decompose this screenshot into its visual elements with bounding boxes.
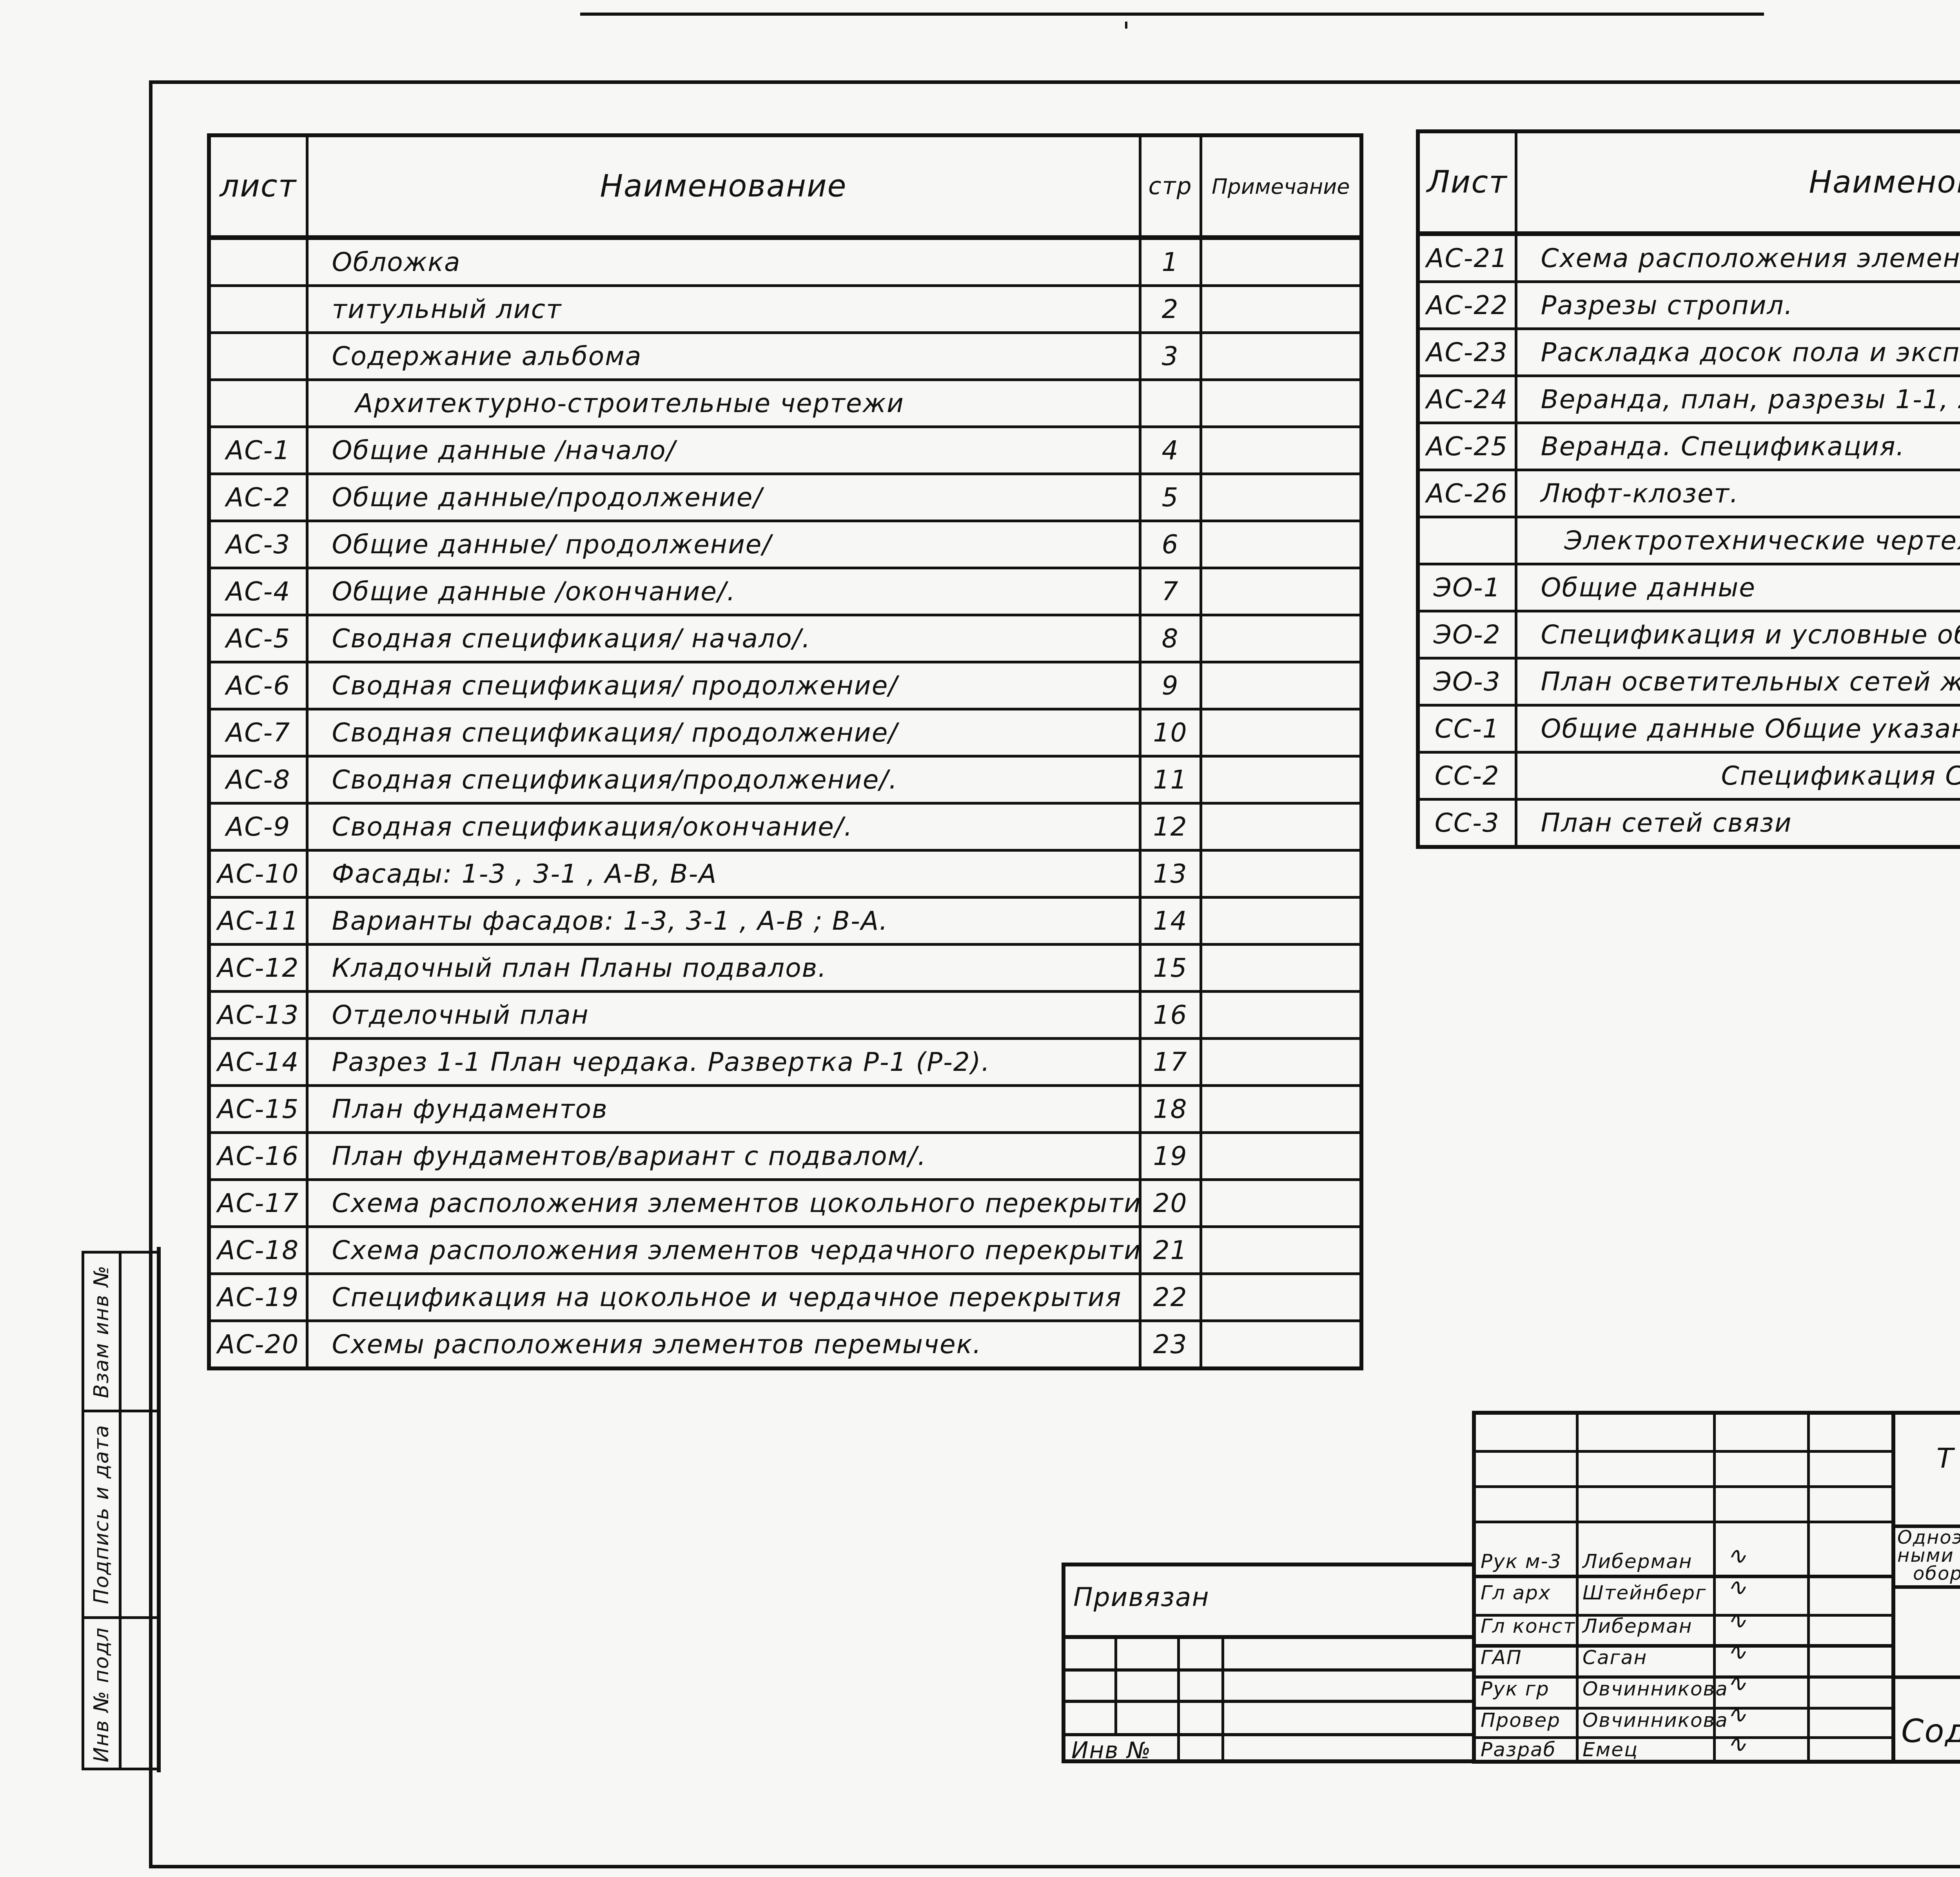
cell-note: [1201, 333, 1361, 380]
cell-name: Схема расположения элементов стропил: [1516, 234, 1960, 282]
cell-name: Раскладка досок пола и экспликация полов: [1516, 329, 1960, 376]
cell-name: Общие данные /окончание/.: [307, 568, 1140, 615]
cell-sheet: СС-1: [1418, 705, 1516, 752]
grid-line: [1476, 1521, 1891, 1523]
cell-note: [1201, 898, 1361, 945]
stamp-blank-cell: [122, 1619, 161, 1770]
column-header-sheet: лист: [209, 135, 307, 238]
scan-edge-mark: [1125, 22, 1127, 29]
cell-sheet: АС-18: [209, 1227, 307, 1274]
table-row: АС-11Варианты фасадов: 1-3, 3-1 , А-В ; …: [209, 898, 1361, 945]
cell-name: План фундаментов/вариант с подвалом/.: [307, 1133, 1140, 1180]
table-row: СС-1Общие данные Общие указания Условные…: [1418, 705, 1960, 752]
cell-page: 15: [1140, 945, 1201, 992]
cell-sheet: [1418, 517, 1516, 564]
cell-name: Содержание альбома: [307, 333, 1140, 380]
cell-note: [1201, 427, 1361, 474]
table-row: АС-14Разрез 1-1 План чердака. Развертка …: [209, 1039, 1361, 1086]
table-row: АС-20Схемы расположения элементов перемы…: [209, 1321, 1361, 1369]
signature-mark-icon: ∿: [1727, 1638, 1747, 1666]
cell-sheet: СС-3: [1418, 799, 1516, 847]
cell-name: Сводная спецификация/ начало/.: [307, 615, 1140, 662]
grid-line: [1221, 1637, 1224, 1763]
grid-line: [1807, 1415, 1810, 1764]
column-header-note: Примечание: [1201, 135, 1361, 238]
project-description-line: Одноэтажный двухквартирный жилой дом с 3…: [1897, 1528, 1960, 1546]
cell-note: [1201, 286, 1361, 333]
cell-note: [1201, 709, 1361, 756]
table-row: АС-26Люфт-клозет.29: [1418, 470, 1960, 517]
cell-page: 17: [1140, 1039, 1201, 1086]
grid-line: [1065, 1668, 1475, 1672]
cell-note: [1201, 1086, 1361, 1133]
frame-divider: [157, 1247, 161, 1772]
table-row: АС-22Разрезы стропил.25: [1418, 282, 1960, 329]
cell-sheet: ЭО-2: [1418, 611, 1516, 658]
cell-sheet: АС-10: [209, 850, 307, 898]
cell-sheet: АС-19: [209, 1274, 307, 1321]
table-row: Содержание альбома3: [209, 333, 1361, 380]
signature-role: Рук м-3: [1481, 1550, 1562, 1573]
cell-note: [1201, 1274, 1361, 1321]
stamp-signature-date: Подпись и дата: [84, 1412, 122, 1619]
cell-name: Спецификация на цокольное и чердачное пе…: [307, 1274, 1140, 1321]
signature-name: Овчинникова: [1583, 1709, 1728, 1732]
cell-note: [1201, 662, 1361, 709]
signature-name: Либерман: [1583, 1550, 1692, 1573]
grid-line: [1065, 1700, 1475, 1703]
cell-page: 7: [1140, 568, 1201, 615]
table-row: АС-3Общие данные/ продолжение/6: [209, 521, 1361, 568]
cell-note: [1201, 803, 1361, 850]
scan-edge-line: [580, 13, 1764, 16]
cell-page: 10: [1140, 709, 1201, 756]
cell-sheet: АС-25: [1418, 423, 1516, 470]
cell-page: 21: [1140, 1227, 1201, 1274]
signature-role: ГАП: [1481, 1646, 1522, 1669]
cell-sheet: ЭО-3: [1418, 658, 1516, 705]
cell-page: 1: [1140, 238, 1201, 286]
cell-note: [1201, 568, 1361, 615]
grid-line: [1891, 1585, 1960, 1589]
cell-name: Варианты фасадов: 1-3, 3-1 , А-В ; В-А.: [307, 898, 1140, 945]
column-header-name: Наименование: [1516, 131, 1960, 234]
cell-page: 23: [1140, 1321, 1201, 1369]
grid-line: [1476, 1450, 1891, 1453]
cell-sheet: АС-3: [209, 521, 307, 568]
grid-line: [1476, 1644, 1891, 1648]
title-block: Рук м-3Либерман∿Гл архШтейнберг∿Гл конст…: [1472, 1411, 1960, 1764]
cell-name: Общие данные Общие указания Условные обо…: [1516, 705, 1960, 752]
stamp-blank-cell: [122, 1412, 161, 1619]
table-row: АС-9Сводная спецификация/окончание/.12: [209, 803, 1361, 850]
cell-sheet: АС-23: [1418, 329, 1516, 376]
table-row: титульный лист2: [209, 286, 1361, 333]
cell-note: [1201, 615, 1361, 662]
signature-role: Гл арх: [1481, 1581, 1551, 1604]
cell-sheet: [209, 333, 307, 380]
table-row: АС-17Схема расположения элементов цоколь…: [209, 1180, 1361, 1227]
cell-name: Сводная спецификация/окончание/.: [307, 803, 1140, 850]
cell-page: 19: [1140, 1133, 1201, 1180]
cell-sheet: АС-12: [209, 945, 307, 992]
cell-name: Веранда, план, разрезы 1-1, 2-2; 3-3 Кры…: [1516, 376, 1960, 423]
contents-table-left: лист Наименование стр Примечание Обложка…: [207, 133, 1363, 1370]
cell-note: [1201, 992, 1361, 1039]
cell-name: Схема расположения элементов чердачного …: [307, 1227, 1140, 1274]
cell-sheet: СС-2: [1418, 752, 1516, 799]
grid-line: [1114, 1637, 1117, 1735]
grid-line: [1177, 1637, 1180, 1763]
column-header-name: Наименование: [307, 135, 1140, 238]
cell-page: 2: [1140, 286, 1201, 333]
cell-note: [1201, 1180, 1361, 1227]
cell-page: 6: [1140, 521, 1201, 568]
cell-name: Фасады: 1-3 , 3-1 , А-В, В-А: [307, 850, 1140, 898]
cell-sheet: АС-17: [209, 1180, 307, 1227]
table-row: СС-3План сетей связи35: [1418, 799, 1960, 847]
table-row: АС-4Общие данные /окончание/.7: [209, 568, 1361, 615]
table-row: СС-2Спецификация Скелетная схема34: [1418, 752, 1960, 799]
signature-mark-icon: ∿: [1727, 1701, 1747, 1728]
table-header-row: лист Наименование стр Примечание: [209, 135, 1361, 238]
section-title: Электротехнические чертежи: [1516, 517, 1960, 564]
cell-sheet: АС-24: [1418, 376, 1516, 423]
table-row: АС-18Схема расположения элементов чердач…: [209, 1227, 1361, 1274]
table-row: Обложка1: [209, 238, 1361, 286]
table-header-row: Лист Наименование Стр Примечание: [1418, 131, 1960, 234]
cell-sheet: АС-15: [209, 1086, 307, 1133]
cell-note: [1201, 1321, 1361, 1369]
signature-name: Либерман: [1583, 1615, 1692, 1637]
table-row: АС-25Веранда. Спецификация.28: [1418, 423, 1960, 470]
cell-name: Кладочный план Планы подвалов.: [307, 945, 1140, 992]
signature-role: Разраб: [1481, 1738, 1556, 1761]
cell-sheet: АС-20: [209, 1321, 307, 1369]
cell-sheet: АС-5: [209, 615, 307, 662]
binding-label: Привязан: [1073, 1582, 1210, 1612]
cell-page: 13: [1140, 850, 1201, 898]
cell-page: 8: [1140, 615, 1201, 662]
cell-page: 18: [1140, 1086, 1201, 1133]
cell-sheet: АС-8: [209, 756, 307, 803]
cell-name: Обложка: [307, 238, 1140, 286]
cell-page: 22: [1140, 1274, 1201, 1321]
cell-sheet: [209, 286, 307, 333]
cell-sheet: АС-1: [209, 427, 307, 474]
table-row: АС-23Раскладка досок пола и экспликация …: [1418, 329, 1960, 376]
drawing-title: Содержание альбома: [1901, 1713, 1960, 1750]
cell-note: [1201, 474, 1361, 521]
project-code: Т п. 184-24-186 84: [1936, 1442, 1960, 1474]
grid-line: [1476, 1485, 1891, 1488]
signature-mark-icon: ∿: [1727, 1607, 1747, 1634]
cell-name: Общие данные: [1516, 564, 1960, 611]
stamp-original-inventory: Инв № подл: [84, 1619, 122, 1770]
inventory-number-label: Инв №: [1071, 1737, 1151, 1764]
cell-page: 5: [1140, 474, 1201, 521]
cell-sheet: АС-26: [1418, 470, 1516, 517]
signature-role: Гл конст: [1481, 1615, 1575, 1637]
cell-note: [1201, 1227, 1361, 1274]
grid-line: [1065, 1635, 1475, 1639]
project-description: Одноэтажный двухквартирный жилой дом с 3…: [1897, 1528, 1960, 1583]
cell-sheet: [209, 238, 307, 286]
cell-name: Люфт-клозет.: [1516, 470, 1960, 517]
cell-name: Общие данные/продолжение/: [307, 474, 1140, 521]
cell-note: [1201, 945, 1361, 992]
cell-name: Схема расположения элементов цокольного …: [307, 1180, 1140, 1227]
table-row: АС-21Схема расположения элементов стропи…: [1418, 234, 1960, 282]
cell-page: 3: [1140, 333, 1201, 380]
cell-note: [1201, 380, 1361, 427]
cell-page: 20: [1140, 1180, 1201, 1227]
cell-name: План фундаментов: [307, 1086, 1140, 1133]
signature-name: Штейнберг: [1583, 1581, 1706, 1604]
grid-line: [1065, 1733, 1475, 1736]
cell-name: Общие данные /начало/: [307, 427, 1140, 474]
signature-mark-icon: ∿: [1727, 1730, 1747, 1758]
cell-note: [1201, 1133, 1361, 1180]
cell-name: Спецификация Скелетная схема: [1516, 752, 1960, 799]
cell-name: титульный лист: [307, 286, 1140, 333]
table-row: АС-7Сводная спецификация/ продолжение/10: [209, 709, 1361, 756]
grid-line: [1891, 1415, 1895, 1764]
cell-name: План осветительных сетей жилого дома: [1516, 658, 1960, 705]
side-stamp: Взам инв № Подпись и дата Инв № подл: [82, 1251, 160, 1770]
cell-note: [1201, 521, 1361, 568]
signature-name: Овчинникова: [1583, 1677, 1728, 1700]
table-row: ЭО-1Общие данные30: [1418, 564, 1960, 611]
signature-role: Рук гр: [1481, 1677, 1550, 1700]
cell-sheet: АС-9: [209, 803, 307, 850]
cell-name: План сетей связи: [1516, 799, 1960, 847]
cell-name: Сводная спецификация/ продолжение/: [307, 709, 1140, 756]
cell-sheet: АС-13: [209, 992, 307, 1039]
signature-mark-icon: ∿: [1727, 1542, 1747, 1570]
cell-page: 9: [1140, 662, 1201, 709]
cell-note: [1201, 756, 1361, 803]
cell-sheet: АС-16: [209, 1133, 307, 1180]
signature-name: Емец: [1583, 1738, 1638, 1761]
cell-name: Схемы расположения элементов перемычек.: [307, 1321, 1140, 1369]
cell-sheet: АС-4: [209, 568, 307, 615]
signature-mark-icon: ∿: [1727, 1574, 1747, 1601]
project-description-line: ными квартирами с упрощенным инженерным: [1897, 1546, 1960, 1564]
table-row: АС-5Сводная спецификация/ начало/.8: [209, 615, 1361, 662]
cell-sheet: АС-11: [209, 898, 307, 945]
cell-note: [1201, 238, 1361, 286]
table-row: АС-8Сводная спецификация/продолжение/.11: [209, 756, 1361, 803]
cell-sheet: АС-14: [209, 1039, 307, 1086]
cell-note: [1201, 1039, 1361, 1086]
section-title: Архитектурно-строительные чертежи: [307, 380, 1140, 427]
cell-name: Сводная спецификация/продолжение/.: [307, 756, 1140, 803]
contents-table-right-body: АС-21Схема расположения элементов стропи…: [1418, 234, 1960, 847]
cell-page: 11: [1140, 756, 1201, 803]
table-row: АС-1Общие данные /начало/4: [209, 427, 1361, 474]
project-description-line: оборудованием: [1897, 1564, 1960, 1583]
column-header-sheet: Лист: [1418, 131, 1516, 234]
cell-sheet: ЭО-1: [1418, 564, 1516, 611]
cell-name: Спецификация и условные обозначения: [1516, 611, 1960, 658]
grid-line: [1891, 1675, 1960, 1679]
cell-page: [1140, 380, 1201, 427]
table-row: АС-13Отделочный план16: [209, 992, 1361, 1039]
table-row: АС-16План фундаментов/вариант с подвалом…: [209, 1133, 1361, 1180]
cell-page: 16: [1140, 992, 1201, 1039]
stamp-replacement-inventory: Взам инв №: [84, 1254, 122, 1412]
grid-line: [1476, 1575, 1891, 1578]
table-row: АС-15План фундаментов18: [209, 1086, 1361, 1133]
table-row: ЭО-2Спецификация и условные обозначения3…: [1418, 611, 1960, 658]
cell-sheet: АС-7: [209, 709, 307, 756]
cell-sheet: АС-6: [209, 662, 307, 709]
cell-sheet: [209, 380, 307, 427]
section-row: Архитектурно-строительные чертежи: [209, 380, 1361, 427]
cell-name: Общие данные/ продолжение/: [307, 521, 1140, 568]
column-header-page: стр: [1140, 135, 1201, 238]
cell-page: 14: [1140, 898, 1201, 945]
cell-name: Веранда. Спецификация.: [1516, 423, 1960, 470]
cell-page: 4: [1140, 427, 1201, 474]
contents-table-left-body: Обложка1титульный лист2Содержание альбом…: [209, 238, 1361, 1368]
table-row: АС-6Сводная спецификация/ продолжение/9: [209, 662, 1361, 709]
table-row: АС-10Фасады: 1-3 , 3-1 , А-В, В-А13: [209, 850, 1361, 898]
cell-note: [1201, 850, 1361, 898]
binding-block: Привязан Инв №: [1062, 1563, 1475, 1763]
cell-sheet: АС-22: [1418, 282, 1516, 329]
cell-sheet: АС-21: [1418, 234, 1516, 282]
contents-table-right: Лист Наименование Стр Примечание АС-21Сх…: [1416, 129, 1960, 849]
table-row: АС-24Веранда, план, разрезы 1-1, 2-2; 3-…: [1418, 376, 1960, 423]
cell-name: Сводная спецификация/ продолжение/: [307, 662, 1140, 709]
signature-mark-icon: ∿: [1727, 1670, 1747, 1697]
cell-sheet: АС-2: [209, 474, 307, 521]
table-row: ЭО-3План осветительных сетей жилого дома…: [1418, 658, 1960, 705]
signature-role: Провер: [1481, 1709, 1561, 1732]
cell-name: Разрезы стропил.: [1516, 282, 1960, 329]
cell-name: Отделочный план: [307, 992, 1140, 1039]
section-row: Электротехнические чертежи: [1418, 517, 1960, 564]
stamp-blank-cell: [122, 1254, 161, 1412]
table-row: АС-2Общие данные/продолжение/5: [209, 474, 1361, 521]
table-row: АС-12Кладочный план Планы подвалов.15: [209, 945, 1361, 992]
cell-page: 12: [1140, 803, 1201, 850]
signature-name: Саган: [1583, 1646, 1647, 1669]
table-row: АС-19Спецификация на цокольное и чердачн…: [209, 1274, 1361, 1321]
cell-name: Разрез 1-1 План чердака. Развертка Р-1 (…: [307, 1039, 1140, 1086]
grid-line: [1576, 1415, 1579, 1764]
